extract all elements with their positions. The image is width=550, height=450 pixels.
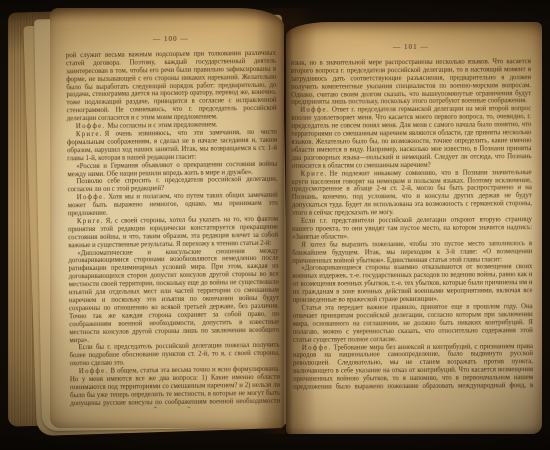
speaker-name: Криге. (76, 131, 103, 138)
page-number-left: — 100 — (66, 35, 276, 45)
paragraph-text: Не подлежит никакому сомнению, что в Поз… (292, 169, 532, 217)
paragraph: Иоффе.Хотя мы и полагаем, что путем таки… (68, 192, 278, 218)
paragraph-text: язык, но в значительной мере распростран… (291, 58, 531, 106)
paragraph: Иоффе.Ответ г. председателя германской д… (291, 106, 531, 171)
speaker-name: Иоффе. (76, 123, 106, 130)
paragraph-text: Я хотел бы выразить пожелание, чтобы это… (292, 240, 532, 264)
paragraph: Статья эта передает важное правило, прин… (293, 303, 533, 344)
paragraph: Если г.г. представители российской делег… (292, 216, 532, 241)
paragraph-text: Позволю себе спросить г. председателя ро… (68, 176, 278, 193)
speaker-name: Иоффе. (77, 194, 107, 201)
paragraph: «Дипломатические и консульские сношения … (68, 247, 279, 344)
page-number-right: — 101 — (291, 43, 531, 53)
speaker-name: Криге. (77, 218, 104, 225)
paragraph-text: Ответ г. председателя германской делегац… (291, 106, 531, 170)
paragraph: «Договаривающиеся стороны взаимно отказы… (292, 264, 532, 305)
paragraph-text: Статья эта передает важное правило, прин… (293, 303, 533, 343)
paragraph: Иоффе.Требование мира без аннексий и кон… (293, 343, 533, 391)
right-page-text: — 101 — язык, но в значительной мере рас… (291, 43, 533, 391)
paragraph-text: Если бы г. председатель российской делег… (70, 342, 280, 367)
speaker-name: Иоффе. (302, 344, 332, 351)
paragraph: Иоффе.В общем, статья эта весьма точно и… (70, 366, 280, 409)
paragraph: Я хотел бы выразить пожелание, чтобы это… (292, 240, 532, 265)
paragraph-text: Если г.г. представители российской делег… (292, 216, 532, 240)
paragraph: Криге.Я, с своей стороны, хотел бы указа… (68, 216, 278, 250)
speaker-name: Иоффе. (79, 368, 109, 375)
paragraph: Если бы г. председатель российской делег… (69, 342, 279, 368)
paragraph-text: «Дипломатические и консульские сношения … (68, 247, 279, 344)
paragraph: рой служит весьма важным подспорьем при … (66, 50, 277, 124)
speaker-name: Иоффе. (300, 107, 330, 114)
paragraph-text: «Россия и Германия объявляют о прекращен… (67, 160, 277, 177)
book-photo: — 100 — рой служит весьма важным подспор… (0, 0, 550, 450)
paragraph: Криге.Я очень извиняюсь, что эти замечан… (67, 129, 277, 163)
paragraph-text: рой служит весьма важным подспорьем при … (66, 50, 277, 123)
paragraph-text: «Договаривающиеся стороны взаимно отказы… (292, 264, 532, 304)
paragraph-text: Мы согласны и с этим предложением. (107, 122, 217, 130)
left-page-text: — 100 — рой служит весьма важным подспор… (66, 35, 281, 410)
paragraph: Криге.Не подлежит никакому сомнению, что… (292, 169, 532, 218)
paragraph: язык, но в значительной мере распростран… (291, 58, 531, 107)
speaker-name: Криге. (301, 170, 328, 177)
